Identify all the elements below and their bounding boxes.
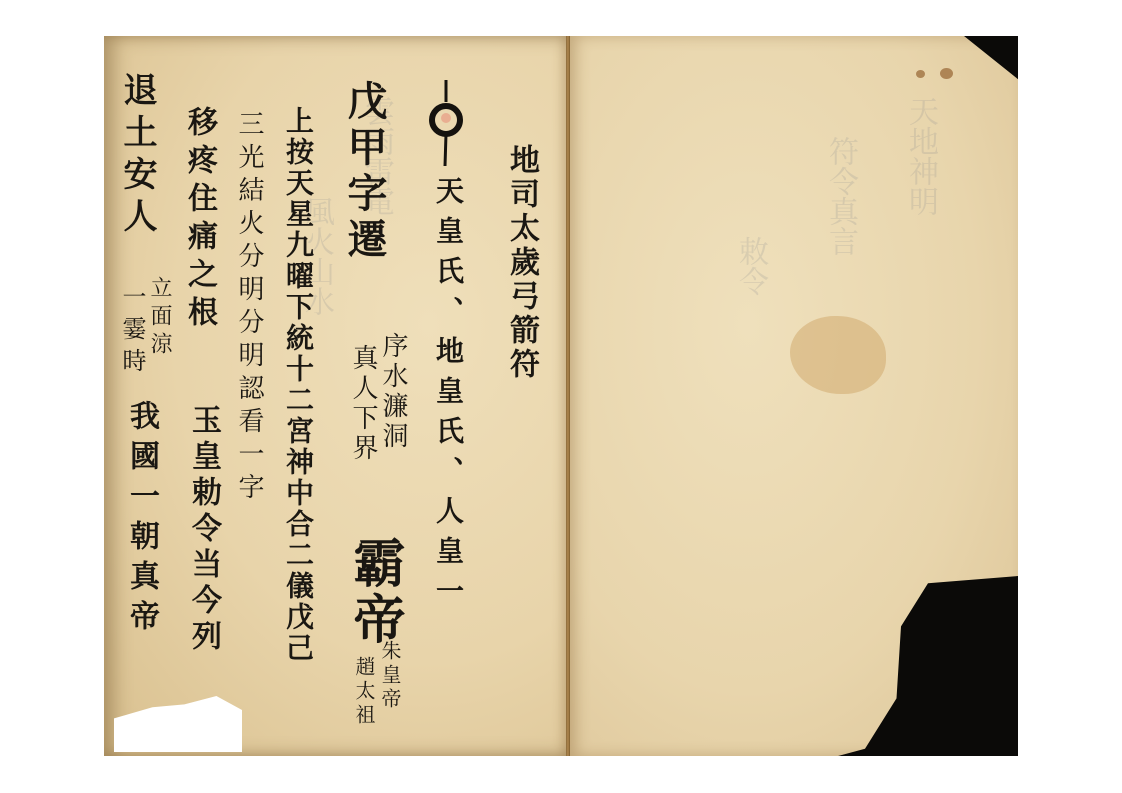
- text-column-6d: 我國一朝真帝: [126, 400, 156, 640]
- text-column-2c: 霸帝: [348, 536, 400, 648]
- ink-spot: [940, 68, 953, 79]
- left-page: 雲雨雷電 風火山水 地司太歲弓箭符 天皇氏、地皇氏、人皇一 戊甲字遷 真人下界 …: [104, 36, 568, 756]
- book-spine: [566, 36, 570, 756]
- text-column-5b: 玉皇勅令当今列: [188, 404, 218, 656]
- text-column-2d: 朱皇帝: [380, 640, 400, 712]
- text-column-6b: 一霎時: [120, 284, 144, 380]
- text-column-2e: 趙太祖: [354, 656, 374, 728]
- circle-talisman-icon: [426, 80, 466, 166]
- right-page: 天地神明 符令真言 敕令: [568, 36, 1018, 756]
- title-column: 地司太歲弓箭符: [506, 144, 536, 382]
- text-column-3: 上按天星九曜下統十二宮神中合二儀戊己: [284, 106, 312, 664]
- text-column-6c: 立面涼: [148, 276, 170, 360]
- text-column-2: 戊甲字遷: [344, 80, 384, 264]
- text-column-4: 三光結火分明分明認看一字: [236, 110, 262, 506]
- text-column-6a: 退土安人: [120, 72, 154, 240]
- text-column-2b: 序水濂洞: [380, 332, 406, 452]
- torn-corner: [114, 696, 242, 752]
- text-column-1: 天皇氏、地皇氏、人皇一: [434, 176, 462, 616]
- text-column-5a: 移疼住痛之根: [184, 106, 214, 334]
- manuscript-scan: 雲雨雷電 風火山水 地司太歲弓箭符 天皇氏、地皇氏、人皇一 戊甲字遷 真人下界 …: [104, 36, 1018, 756]
- ink-spot: [916, 70, 925, 78]
- text-column-2a: 真人下界: [350, 344, 376, 464]
